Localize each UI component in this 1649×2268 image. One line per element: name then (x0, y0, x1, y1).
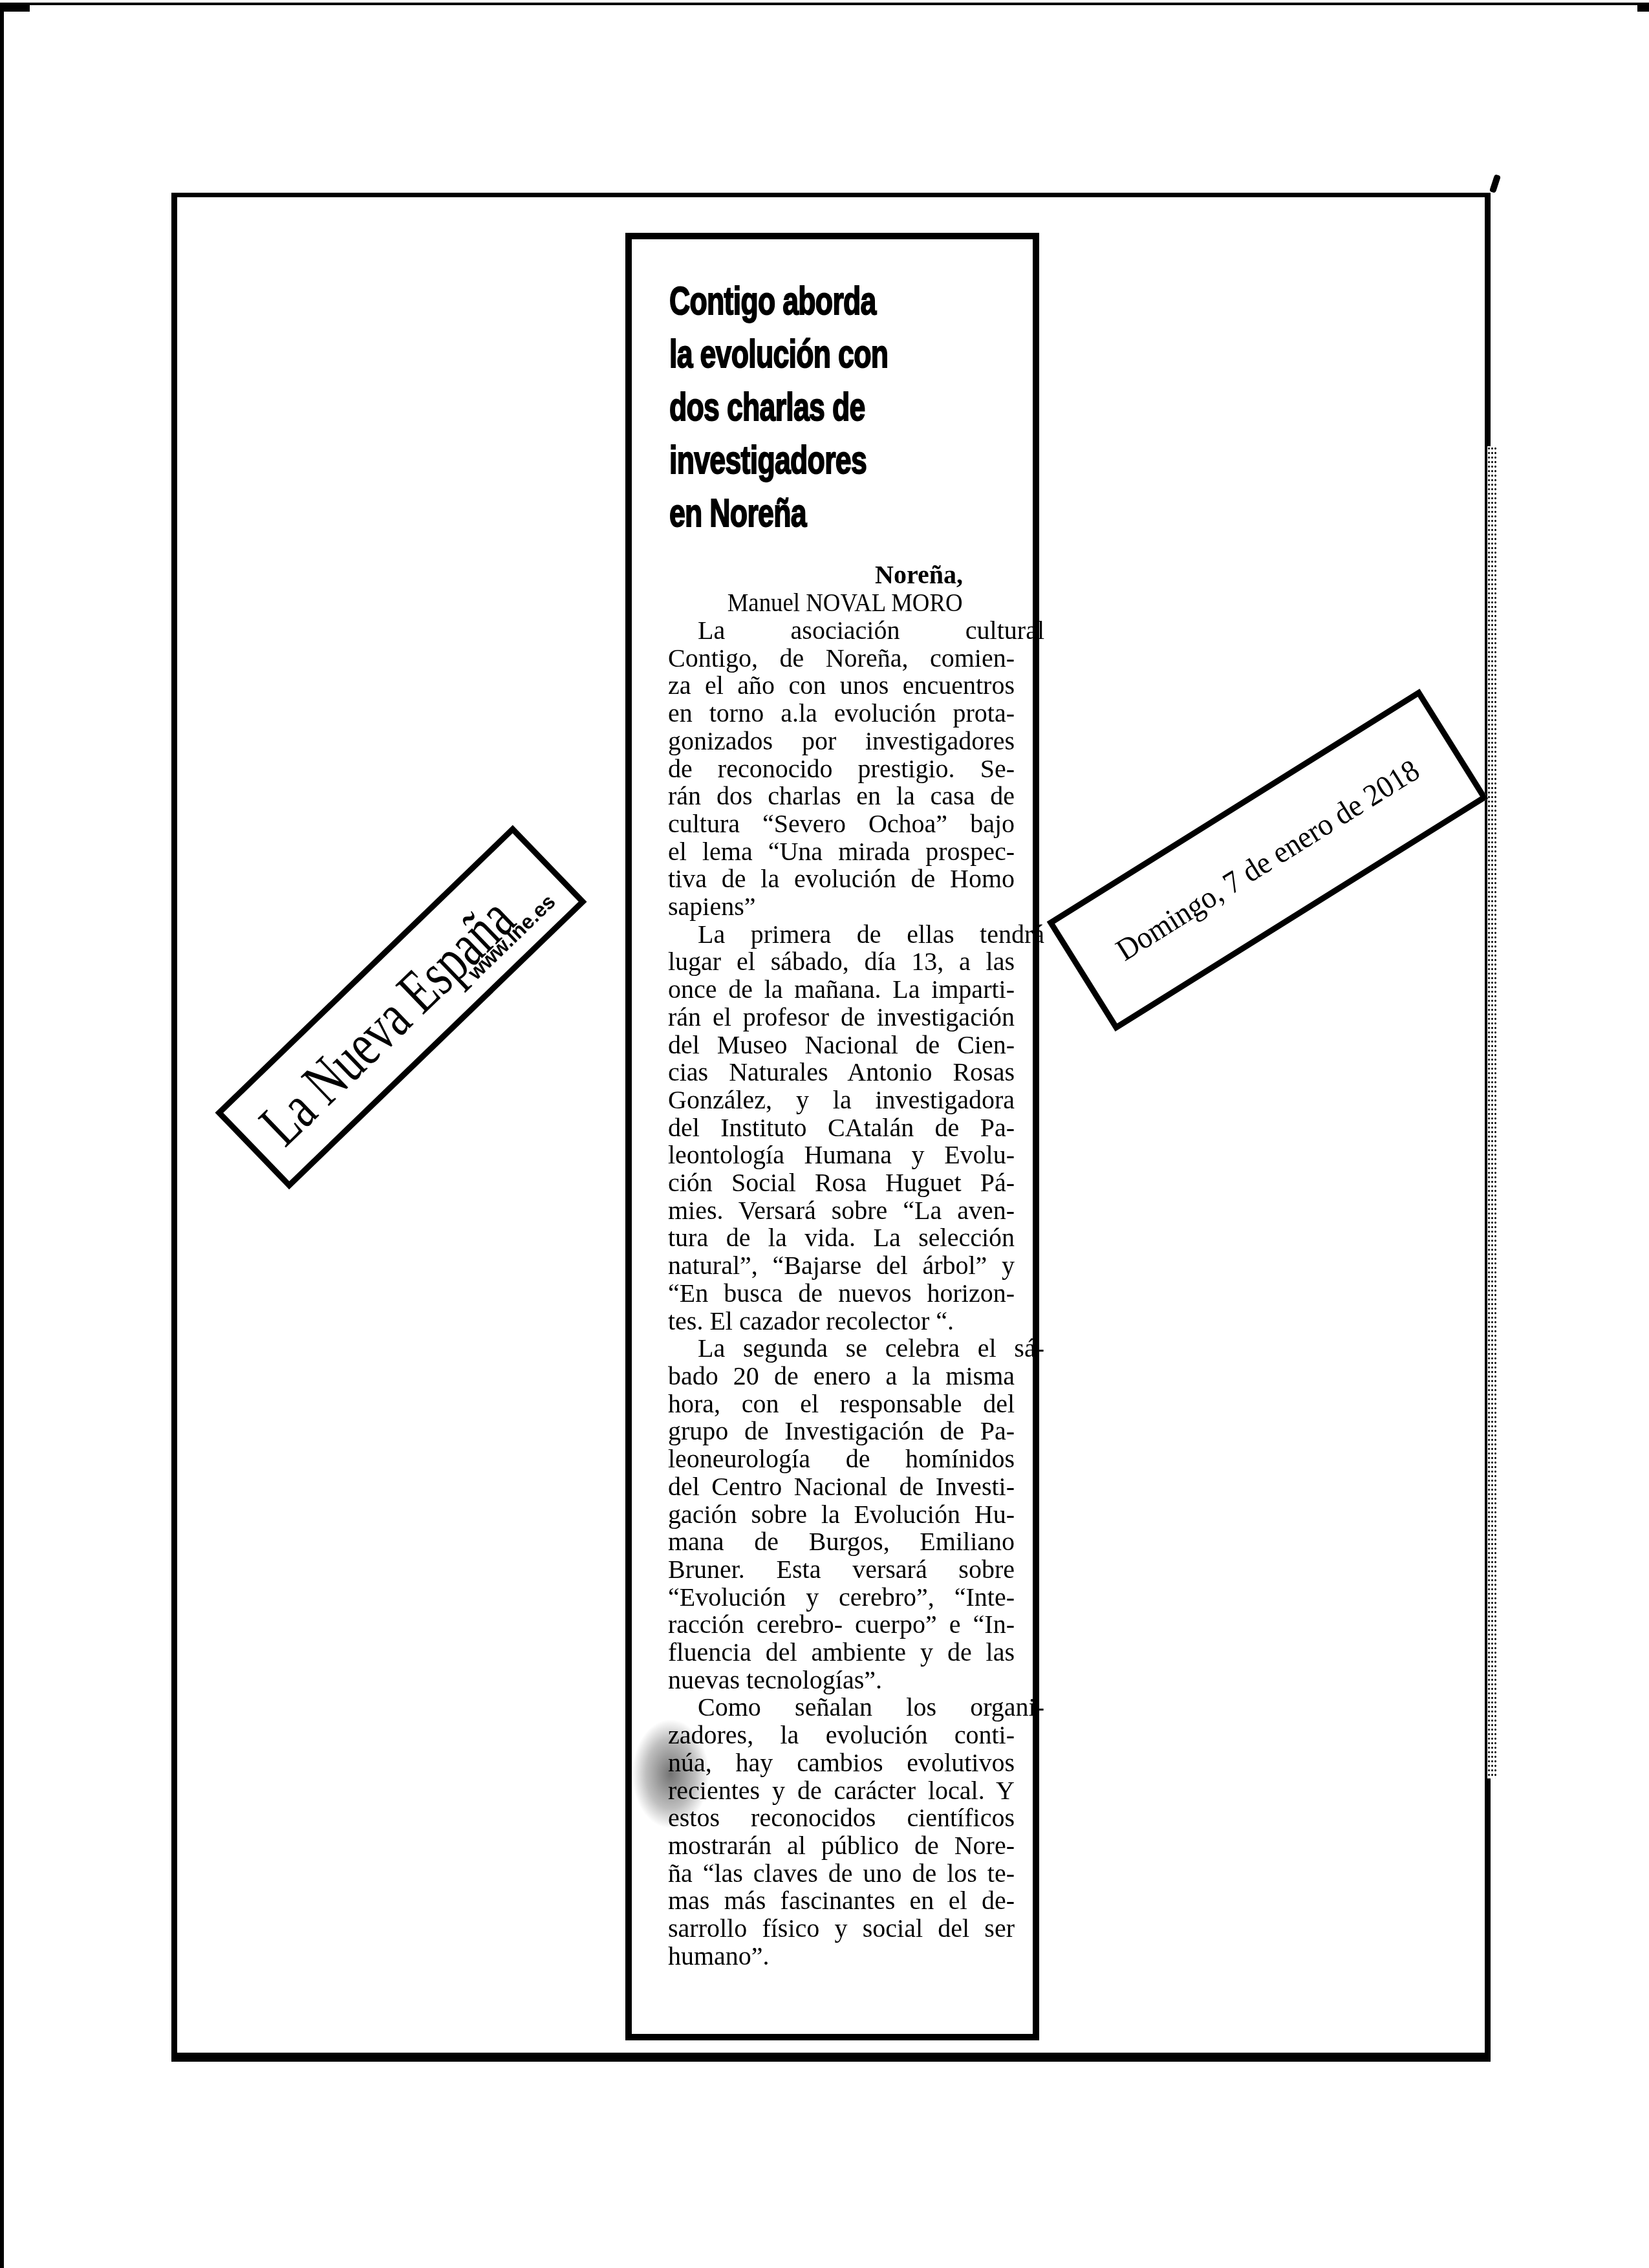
body-line: estos reconocidos científicos (668, 1804, 1015, 1832)
headline-line: dos charlas de (669, 381, 921, 434)
body-line: de reconocido prestigio. Se- (668, 755, 1015, 783)
headline-line: en Noreña (669, 487, 921, 540)
body-line: mas más fascinantes en el de- (668, 1887, 1015, 1915)
body-line: hora, con el responsable del (668, 1390, 1015, 1418)
body-line: gonizados por investigadores (668, 728, 1015, 755)
scan-edge-top (0, 3, 1649, 5)
body-line: ña “las claves de uno de los te- (668, 1860, 1015, 1888)
body-line: fluencia del ambiente y de las (668, 1639, 1015, 1667)
body-line: rán dos charlas en la casa de (668, 783, 1015, 810)
body-line: “Evolución y cerebro”, “Inte- (668, 1584, 1015, 1612)
body-line: once de la mañana. La imparti- (668, 976, 1015, 1004)
scan-edge-left (0, 3, 4, 2268)
body-line: tura de la vida. La selección (668, 1224, 1015, 1252)
body-line: grupo de Investigación de Pa- (668, 1418, 1015, 1445)
body-line: nuevas tecnologías”. (668, 1667, 1015, 1694)
article-body: La asociación cultural Contigo, de Noreñ… (668, 617, 1015, 1970)
body-line: cias Naturales Antonio Rosas (668, 1059, 1015, 1086)
body-line: Bruner. Esta versará sobre (668, 1556, 1015, 1584)
clipping-frame-faded-edge (1487, 446, 1496, 1778)
headline-line: Contigo aborda (669, 275, 921, 328)
body-line: González, y la investigadora (668, 1086, 1015, 1114)
body-line: tiva de la evolución de Homo (668, 865, 1015, 893)
scan-corner-right (1637, 3, 1649, 12)
body-line: del Instituto CAtalán de Pa- (668, 1114, 1015, 1142)
body-line: gación sobre la Evolución Hu- (668, 1501, 1015, 1529)
body-line: ción Social Rosa Huguet Pá- (668, 1169, 1015, 1197)
body-line: mies. Versará sobre “La aven- (668, 1197, 1015, 1225)
headline-line: la evolución con (669, 328, 921, 381)
article-byline: Manuel NOVAL MORO (727, 589, 963, 617)
body-line: sapiens” (668, 893, 1015, 921)
body-line: del Museo Nacional de Cien- (668, 1031, 1015, 1059)
body-line: el lema “Una mirada prospec- (668, 838, 1015, 866)
body-line: lugar el sábado, día 13, a las (668, 948, 1015, 976)
body-line: mana de Burgos, Emiliano (668, 1528, 1015, 1556)
body-line: “En busca de nuevos horizon- (668, 1280, 1015, 1308)
body-line: leontología Humana y Evolu- (668, 1141, 1015, 1169)
body-line: La segunda se celebra el sá- (668, 1335, 1044, 1363)
article-dateline: Noreña, (875, 561, 963, 589)
ink-smudge (632, 1719, 709, 1829)
body-line: Contigo, de Noreña, comien- (668, 645, 1015, 673)
body-line: sarrollo físico y social del ser (668, 1915, 1015, 1943)
body-line: La asociación cultural (668, 617, 1044, 645)
body-line: humano”. (668, 1943, 1015, 1971)
body-line: cultura “Severo Ochoa” bajo (668, 810, 1015, 838)
body-line: del Centro Nacional de Investi- (668, 1473, 1015, 1501)
scan-corner-left (0, 3, 30, 12)
body-line: zadores, la evolución conti- (668, 1722, 1015, 1749)
body-line: núa, hay cambios evolutivos (668, 1749, 1015, 1777)
body-line: racción cerebro- cuerpo” e “In- (668, 1611, 1015, 1639)
body-line: La primera de ellas tendrá (668, 921, 1044, 949)
body-line: natural”, “Bajarse del árbol” y (668, 1252, 1015, 1280)
body-line: en torno a.la evolución prota- (668, 700, 1015, 728)
body-line: mostrarán al público de Nore- (668, 1832, 1015, 1860)
headline-line: investigadores (669, 434, 921, 487)
article-headline: Contigo aborda la evolución con dos char… (669, 275, 921, 540)
body-line: recientes y de carácter local. Y (668, 1777, 1015, 1805)
frame-corner-mark (1489, 174, 1501, 193)
article-clipping: Contigo aborda la evolución con dos char… (625, 233, 1039, 2040)
body-line: leoneurología de homínidos (668, 1445, 1015, 1473)
body-line: rán el profesor de investigación (668, 1004, 1015, 1031)
body-line: tes. El cazador recolector “. (668, 1308, 1015, 1335)
body-line: za el año con unos encuentros (668, 672, 1015, 700)
body-line: bado 20 de enero a la misma (668, 1363, 1015, 1390)
body-line: Como señalan los organi- (668, 1694, 1044, 1722)
